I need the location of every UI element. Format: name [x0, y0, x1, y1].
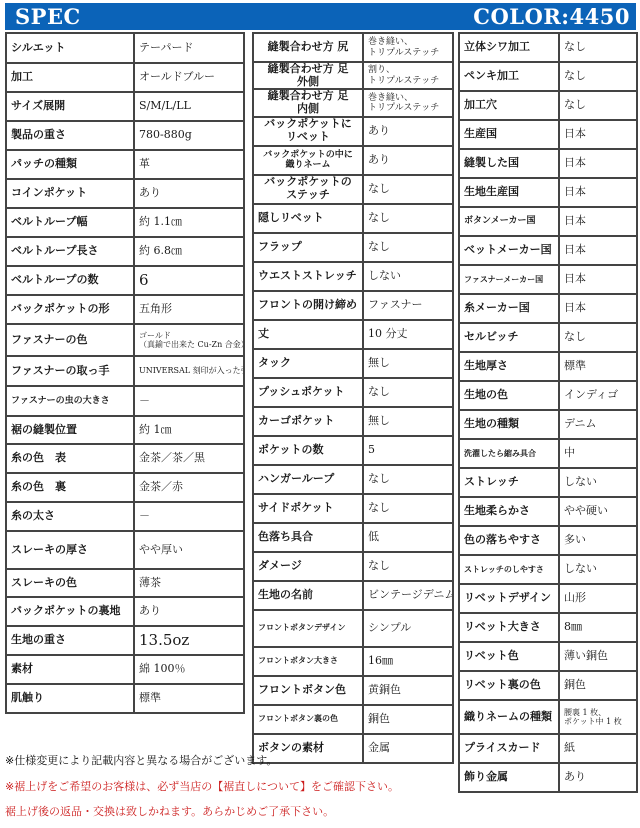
spec-value-text: なし — [564, 69, 586, 82]
spec-value-text: しない — [564, 562, 597, 575]
spec-label-text: ストレッチのしやすさ — [464, 564, 544, 574]
spec-value-text: 日本 — [564, 156, 586, 169]
table-row: ベットメーカー国日本 — [459, 236, 637, 265]
spec-label-text: 糸の色 裏 — [11, 480, 66, 493]
spec-label: ベルトループ長さ — [6, 237, 134, 266]
spec-value: 日本 — [559, 236, 637, 265]
spec-label-text: 縫製合わせ方 足 — [268, 89, 349, 102]
table-row: 色の落ちやすさ多い — [459, 526, 637, 555]
spec-value: デニム — [559, 410, 637, 439]
table-row: ベルトループの数6 — [6, 266, 244, 295]
spec-label-text: 縫製合わせ方 足 — [268, 62, 349, 75]
spec-value-text: デニム — [564, 417, 597, 430]
spec-label: ファスナーの取っ手 — [6, 356, 134, 386]
spec-value: 金属 — [363, 734, 453, 763]
spec-label-text: 製品の重さ — [11, 128, 66, 141]
spec-value-text: なし — [368, 472, 390, 485]
spec-label-text: リベット色 — [464, 649, 519, 662]
spec-value-text: ビンテージデニム — [368, 588, 453, 601]
spec-value-text: 革 — [139, 157, 150, 170]
spec-value: あり — [134, 597, 244, 626]
spec-value: あり — [559, 763, 637, 792]
spec-value-text: 日本 — [564, 127, 586, 140]
spec-value-text: 五角形 — [139, 302, 172, 315]
spec-label: フロントの開け締め — [253, 291, 363, 320]
spec-value-text: 16㎜ — [368, 654, 393, 667]
spec-value-text: あり — [139, 186, 161, 199]
spec-label: サイズ展開 — [6, 92, 134, 121]
spec-label-text: 飾り金属 — [464, 770, 508, 783]
spec-value-text: 日本 — [564, 214, 586, 227]
spec-label-text: ファスナーメーカー国 — [464, 274, 543, 284]
spec-label-text: リベット大きさ — [464, 620, 541, 633]
spec-label-text: スレーキの厚さ — [11, 543, 88, 556]
table-row: ハンガーループなし — [253, 465, 453, 494]
spec-label-text: 生地の名前 — [258, 588, 313, 601]
spec-label: 生地の重さ — [6, 626, 134, 655]
spec-label: ベットメーカー国 — [459, 236, 559, 265]
table-row: バックポケットの中に織りネームあり — [253, 146, 453, 175]
spec-value: 巻き縫い、トリプルステッチ — [363, 89, 453, 116]
spec-label: 素材 — [6, 655, 134, 684]
table-row: コインポケットあり — [6, 179, 244, 208]
table-row: ベルトループ幅約 1.1㎝ — [6, 208, 244, 237]
spec-value-text: あり — [564, 770, 586, 783]
table-row: タック無し — [253, 349, 453, 378]
spec-label: 糸の色 表 — [6, 444, 134, 473]
spec-value: 5 — [363, 436, 453, 465]
spec-label-text: サイドポケット — [258, 501, 334, 514]
spec-label: 生地の名前 — [253, 581, 363, 610]
spec-label: 縫製合わせ方 足内側 — [253, 89, 363, 116]
spec-label-text: ファスナーの取っ手 — [11, 364, 110, 377]
table-row: リベットデザイン山形 — [459, 584, 637, 613]
spec-value-text: 日本 — [564, 243, 586, 256]
spec-value: 6 — [134, 266, 244, 295]
spec-value-text-line2: トリプルステッチ — [368, 76, 439, 86]
spec-value: やや硬い — [559, 497, 637, 526]
spec-value-text: － — [139, 394, 150, 407]
spec-label: タック — [253, 349, 363, 378]
table-row: 生地の種類デニム — [459, 410, 637, 439]
spec-value-text: 銅色 — [564, 678, 586, 691]
spec-label-text: ハンガーループ — [258, 472, 334, 485]
spec-label: 織りネームの種類 — [459, 700, 559, 734]
table-row: フロントボタン裏の色銅色 — [253, 705, 453, 734]
spec-value-text: 腰裏 1 枚、 — [564, 708, 606, 717]
spec-value-text-line2: トリプルステッチ — [368, 48, 439, 58]
spec-value: なし — [363, 378, 453, 407]
spec-label: リベット大きさ — [459, 613, 559, 642]
spec-label-text: ボタンメーカー国 — [464, 216, 536, 226]
spec-label-text-line2: 内側 — [297, 102, 319, 115]
spec-label-text: バックポケットの裏地 — [11, 604, 120, 617]
spec-value: 日本 — [559, 265, 637, 294]
spec-value: 銅色 — [559, 671, 637, 700]
spec-label-text: 生地生産国 — [464, 185, 519, 198]
spec-label-text: フロントの開け締め — [258, 298, 357, 311]
table-row: 製品の重さ780-880g — [6, 121, 244, 150]
spec-value-text: 780-880g — [139, 128, 192, 141]
spec-value-text: あり — [139, 604, 161, 617]
table-row: 糸の色 裏金茶／赤 — [6, 473, 244, 502]
spec-table-right: 立体シワ加工なしペンキ加工なし加工穴なし生産国日本縫製した国日本生地生産国日本ボ… — [458, 32, 638, 793]
spec-label-text: 織りネームの種類 — [464, 710, 552, 723]
spec-label-text: 丈 — [258, 327, 269, 340]
spec-label-text: 生地厚さ — [464, 359, 508, 372]
table-row: 生地生産国日本 — [459, 178, 637, 207]
table-row: ストレッチのしやすさしない — [459, 555, 637, 584]
table-row: フロントボタン大きさ16㎜ — [253, 647, 453, 676]
spec-value: なし — [363, 233, 453, 262]
table-row: シルエットテーパード — [6, 33, 244, 63]
spec-table-middle: 縫製合わせ方 尻巻き縫い、トリプルステッチ縫製合わせ方 足外側割り、トリプルステ… — [252, 32, 454, 764]
spec-label-text: 縫製合わせ方 尻 — [268, 40, 349, 53]
spec-value-text: 標準 — [139, 691, 161, 704]
spec-label: 糸の色 裏 — [6, 473, 134, 502]
spec-value: あり — [134, 179, 244, 208]
spec-value-text: 割り、 — [368, 65, 395, 75]
spec-value-text: なし — [564, 330, 586, 343]
spec-label-text: リベットデザイン — [464, 591, 551, 604]
table-row: 裾の縫製位置約 1㎝ — [6, 416, 244, 444]
table-row: 縫製合わせ方 尻巻き縫い、トリプルステッチ — [253, 33, 453, 62]
table-row: 生地の色インディゴ — [459, 381, 637, 410]
table-row: 糸の太さ－ — [6, 502, 244, 531]
spec-label-text: シルエット — [11, 41, 66, 54]
spec-label-text: ウエストストレッチ — [258, 269, 357, 282]
spec-label-text: コインポケット — [11, 186, 87, 199]
spec-label-text-line2: 織りネーム — [285, 160, 330, 170]
spec-value: 低 — [363, 523, 453, 552]
spec-value-text: 約 6.8㎝ — [139, 244, 182, 257]
spec-value-text: オールドブルー — [139, 70, 215, 83]
spec-label-text: 素材 — [11, 662, 33, 675]
spec-label-text: 糸の色 表 — [11, 451, 66, 464]
spec-label: バックポケットにリベット — [253, 117, 363, 146]
spec-value-text: テーパード — [139, 41, 193, 54]
spec-value: なし — [559, 33, 637, 62]
spec-value: － — [134, 386, 244, 416]
spec-label: リベット裏の色 — [459, 671, 559, 700]
spec-value: 巻き縫い、トリプルステッチ — [363, 33, 453, 62]
spec-label: カーゴポケット — [253, 407, 363, 436]
spec-label: ファスナーの虫の大きさ — [6, 386, 134, 416]
table-row: 糸の色 表金茶／茶／黒 — [6, 444, 244, 473]
spec-value-subtext: （真鍮で出来た Cu-Zn 合金） — [139, 340, 239, 349]
table-row: 丈10 分丈 — [253, 320, 453, 349]
table-row: ファスナーメーカー国日本 — [459, 265, 637, 294]
spec-value: なし — [559, 91, 637, 120]
table-row: 色落ち具合低 — [253, 523, 453, 552]
spec-value: 日本 — [559, 149, 637, 178]
spec-value: 五角形 — [134, 295, 244, 324]
spec-value-text: 巻き縫い、 — [368, 37, 413, 47]
spec-label-text: 加工 — [11, 70, 33, 83]
spec-value: インディゴ — [559, 381, 637, 410]
table-row: セルビッチなし — [459, 323, 637, 352]
spec-value: ファスナー — [363, 291, 453, 320]
table-row: 縫製合わせ方 足外側割り、トリプルステッチ — [253, 62, 453, 89]
spec-value: あり — [363, 146, 453, 175]
table-row: ポケットの数5 — [253, 436, 453, 465]
table-row: プッシュポケットなし — [253, 378, 453, 407]
table-row: リベット裏の色銅色 — [459, 671, 637, 700]
spec-value-text: なし — [368, 182, 390, 195]
spec-value: 8㎜ — [559, 613, 637, 642]
spec-label-text-line2: ステッチ — [286, 188, 330, 201]
spec-label-text: フロントボタン裏の色 — [258, 713, 338, 723]
spec-value: S/M/L/LL — [134, 92, 244, 121]
table-row: ペンキ加工なし — [459, 62, 637, 91]
spec-value: 山形 — [559, 584, 637, 613]
spec-value: 腰裏 1 枚、ポケット中 1 枚 — [559, 700, 637, 734]
spec-value: オールドブルー — [134, 63, 244, 92]
spec-value: 銅色 — [363, 705, 453, 734]
spec-value-text: やや厚い — [139, 543, 183, 556]
spec-value: なし — [559, 62, 637, 91]
spec-label-text: 生地の種類 — [464, 417, 519, 430]
spec-label: 縫製した国 — [459, 149, 559, 178]
spec-label-text: セルビッチ — [464, 330, 519, 343]
table-row: パッチの種類革 — [6, 150, 244, 179]
table-row: 生地の名前ビンテージデニム — [253, 581, 453, 610]
spec-value: 標準 — [134, 684, 244, 713]
spec-value-text: 薄い銅色 — [564, 649, 608, 662]
table-row: ファスナーの虫の大きさ－ — [6, 386, 244, 416]
spec-label-text: フラップ — [258, 240, 302, 253]
table-row: ベルトループ長さ約 6.8㎝ — [6, 237, 244, 266]
spec-label: 縫製合わせ方 足外側 — [253, 62, 363, 89]
spec-label-text: 色の落ちやすさ — [464, 533, 541, 546]
spec-label-text: プライスカード — [464, 741, 541, 754]
spec-label-text: バックポケットの中に — [263, 150, 353, 160]
spec-label: 製品の重さ — [6, 121, 134, 150]
table-row: 隠しリベットなし — [253, 204, 453, 233]
spec-label-text: 生地柔らかさ — [464, 504, 530, 517]
spec-label: 裾の縫製位置 — [6, 416, 134, 444]
table-row: ダメージなし — [253, 552, 453, 581]
spec-table-left: シルエットテーパード加工オールドブルーサイズ展開S/M/L/LL製品の重さ780… — [5, 32, 245, 714]
spec-value-text: なし — [368, 385, 390, 398]
spec-label-text: フロントボタン大きさ — [258, 655, 338, 665]
spec-label-text: ファスナーの虫の大きさ — [11, 396, 110, 406]
spec-label-text: ベルトループ幅 — [11, 215, 87, 228]
spec-label: 縫製合わせ方 尻 — [253, 33, 363, 62]
spec-value-text: なし — [368, 240, 390, 253]
spec-value-text: インディゴ — [564, 388, 618, 401]
spec-value: 標準 — [559, 352, 637, 381]
spec-label: フロントボタン裏の色 — [253, 705, 363, 734]
spec-value: なし — [363, 175, 453, 204]
spec-value: 約 1㎝ — [134, 416, 244, 444]
spec-value: 金茶／茶／黒 — [134, 444, 244, 473]
spec-value-text: 約 1㎝ — [139, 423, 172, 436]
spec-value: 13.5oz — [134, 626, 244, 655]
spec-value-text-line2: ポケット中 1 枚 — [564, 717, 622, 726]
table-row: バックポケットの形五角形 — [6, 295, 244, 324]
spec-value-text: 金茶／赤 — [139, 480, 183, 493]
spec-label-text: 生地の重さ — [11, 633, 66, 646]
spec-value: 日本 — [559, 207, 637, 236]
spec-label-text: ベルトループ長さ — [11, 244, 98, 257]
spec-value: シンプル — [363, 610, 453, 647]
table-row: プライスカード紙 — [459, 734, 637, 763]
spec-value: 日本 — [559, 178, 637, 207]
spec-value: 多い — [559, 526, 637, 555]
spec-label-text: スレーキの色 — [11, 576, 77, 589]
table-row: 生産国日本 — [459, 120, 637, 149]
spec-label-text: 洗濯したら縮み具合 — [464, 448, 536, 458]
spec-label-text: 糸の太さ — [11, 509, 55, 522]
table-row: フラップなし — [253, 233, 453, 262]
spec-label: 加工穴 — [459, 91, 559, 120]
table-row: 縫製合わせ方 足内側巻き縫い、トリプルステッチ — [253, 89, 453, 116]
spec-label-text: バックポケットに — [264, 117, 351, 130]
table-row: フロントボタンデザインシンプル — [253, 610, 453, 647]
spec-value: 約 6.8㎝ — [134, 237, 244, 266]
table-row: ウエストストレッチしない — [253, 262, 453, 291]
spec-label: パッチの種類 — [6, 150, 134, 179]
spec-label: フロントボタン色 — [253, 676, 363, 705]
spec-value: 日本 — [559, 294, 637, 323]
spec-value-text: UNIVERSAL 刻印が入った引手 — [139, 366, 244, 375]
spec-label-text: サイズ展開 — [11, 99, 65, 112]
spec-value: 金茶／赤 — [134, 473, 244, 502]
note-no-return: 裾上げ後の返品・交換は致しかねます。あらかじめご了承下さい。 — [5, 803, 334, 819]
table-row: 飾り金属あり — [459, 763, 637, 792]
spec-value-text: なし — [368, 559, 390, 572]
spec-label: ダメージ — [253, 552, 363, 581]
table-row: フロントボタン色黄銅色 — [253, 676, 453, 705]
spec-label: ストレッチ — [459, 468, 559, 497]
spec-value: あり — [363, 117, 453, 146]
spec-label: プライスカード — [459, 734, 559, 763]
note-spec-change: ※仕様変更により記載内容と異なる場合がございます。 — [5, 752, 277, 768]
spec-value: なし — [363, 465, 453, 494]
spec-value-text: しない — [368, 269, 401, 282]
spec-label: 加工 — [6, 63, 134, 92]
table-row: スレーキの厚さやや厚い — [6, 531, 244, 569]
spec-value: 薄茶 — [134, 569, 244, 597]
spec-label: 生地生産国 — [459, 178, 559, 207]
spec-value-text: 無し — [368, 414, 390, 427]
spec-value-text: なし — [368, 211, 390, 224]
spec-label-text: 色落ち具合 — [258, 530, 313, 543]
spec-value: 無し — [363, 349, 453, 378]
spec-value-text: あり — [368, 124, 390, 137]
spec-title: SPEC — [15, 3, 81, 30]
spec-value: しない — [363, 262, 453, 291]
spec-value: 薄い銅色 — [559, 642, 637, 671]
spec-label: 飾り金属 — [459, 763, 559, 792]
spec-value: 中 — [559, 439, 637, 468]
spec-label: フロントボタン大きさ — [253, 647, 363, 676]
spec-label: バックポケットのステッチ — [253, 175, 363, 204]
spec-label-text: ファスナーの色 — [11, 333, 88, 346]
spec-value-text: 紙 — [564, 741, 575, 754]
spec-label: フロントボタンデザイン — [253, 610, 363, 647]
spec-value: 16㎜ — [363, 647, 453, 676]
spec-value: なし — [363, 494, 453, 523]
spec-value: 10 分丈 — [363, 320, 453, 349]
table-row: バックポケットにリベットあり — [253, 117, 453, 146]
spec-value-text: 金茶／茶／黒 — [139, 451, 205, 464]
spec-label: リベット色 — [459, 642, 559, 671]
table-row: ボタンの素材金属 — [253, 734, 453, 763]
spec-label-text: フロントボタンデザイン — [258, 622, 345, 632]
spec-label-text: 糸メーカー国 — [464, 301, 530, 314]
spec-label-text: ベットメーカー国 — [464, 243, 552, 256]
spec-label-text: ペンキ加工 — [464, 69, 519, 82]
spec-value: － — [134, 502, 244, 531]
spec-value-text: 薄茶 — [139, 576, 161, 589]
spec-label: 糸の太さ — [6, 502, 134, 531]
spec-value: 約 1.1㎝ — [134, 208, 244, 237]
spec-label: スレーキの厚さ — [6, 531, 134, 569]
spec-value-text: ファスナー — [368, 298, 423, 311]
spec-label-text: ストレッチ — [464, 475, 519, 488]
color-code: COLOR:4450 — [473, 3, 630, 30]
table-row: 糸メーカー国日本 — [459, 294, 637, 323]
table-row: サイズ展開S/M/L/LL — [6, 92, 244, 121]
spec-label-text: プッシュポケット — [258, 385, 344, 398]
spec-label-text: パッチの種類 — [11, 157, 77, 170]
spec-label: ペンキ加工 — [459, 62, 559, 91]
table-row: 素材綿 100％ — [6, 655, 244, 684]
table-row: 肌触り標準 — [6, 684, 244, 713]
spec-label: 肌触り — [6, 684, 134, 713]
spec-value: 日本 — [559, 120, 637, 149]
spec-value: 780-880g — [134, 121, 244, 150]
spec-label-text: タック — [258, 356, 291, 369]
spec-value-text: なし — [368, 501, 390, 514]
spec-value-text: なし — [564, 98, 586, 111]
spec-label-text: カーゴポケット — [258, 414, 334, 427]
spec-value-text: 標準 — [564, 359, 586, 372]
spec-value: UNIVERSAL 刻印が入った引手 — [134, 356, 244, 386]
spec-label-text: リベット裏の色 — [464, 678, 541, 691]
spec-label: ストレッチのしやすさ — [459, 555, 559, 584]
spec-label: ボタンメーカー国 — [459, 207, 559, 236]
spec-label: 生地厚さ — [459, 352, 559, 381]
spec-label: サイドポケット — [253, 494, 363, 523]
spec-value-text: 日本 — [564, 272, 586, 285]
table-row: ファスナーの取っ手UNIVERSAL 刻印が入った引手 — [6, 356, 244, 386]
spec-value: なし — [559, 323, 637, 352]
table-row: バックポケットの裏地あり — [6, 597, 244, 626]
spec-label-text: 裾の縫製位置 — [11, 423, 77, 436]
spec-label: 立体シワ加工 — [459, 33, 559, 62]
spec-label: 洗濯したら縮み具合 — [459, 439, 559, 468]
spec-label: ウエストストレッチ — [253, 262, 363, 291]
spec-value-text: 低 — [368, 530, 379, 543]
spec-label-text: ダメージ — [258, 559, 302, 572]
spec-value-text: しない — [564, 475, 597, 488]
spec-value: 革 — [134, 150, 244, 179]
spec-value-text: － — [139, 509, 150, 522]
spec-label-text-line2: リベット — [286, 130, 330, 143]
spec-value-text: 10 分丈 — [368, 327, 408, 340]
spec-value-text: シンプル — [368, 621, 411, 634]
spec-header-bar: SPEC COLOR:4450 — [5, 3, 636, 30]
spec-value: しない — [559, 468, 637, 497]
spec-label: ハンガーループ — [253, 465, 363, 494]
table-row: 洗濯したら縮み具合中 — [459, 439, 637, 468]
table-row: フロントの開け締めファスナー — [253, 291, 453, 320]
spec-value-text: 金属 — [368, 741, 390, 754]
spec-value-text: ゴールド — [139, 331, 171, 340]
